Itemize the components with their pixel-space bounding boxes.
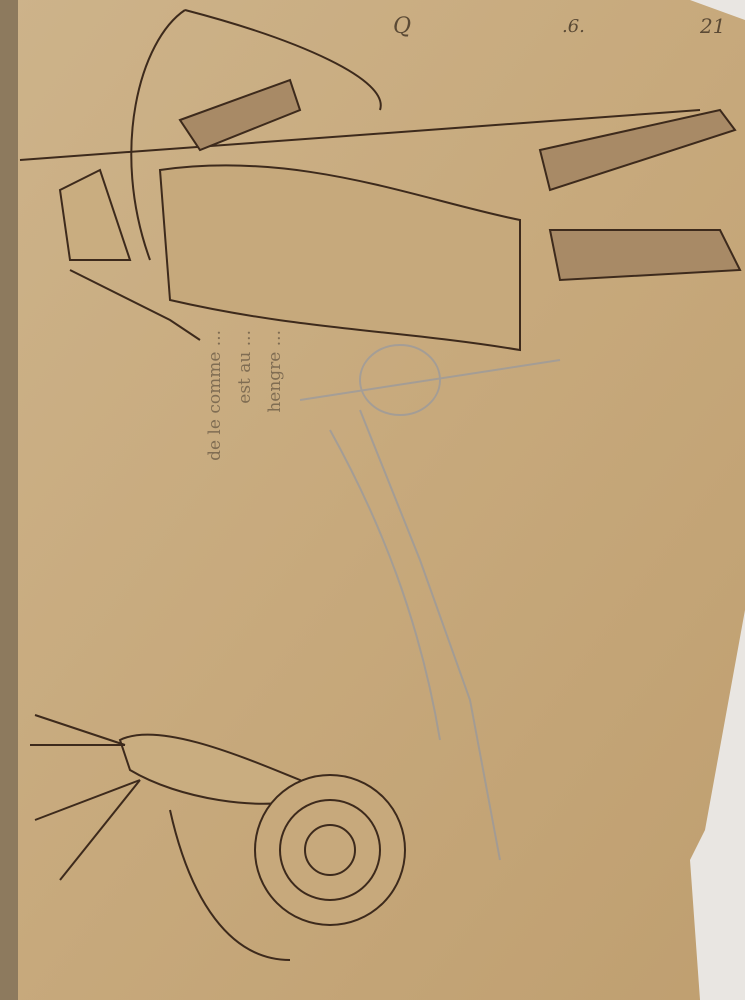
folio-number: 21 <box>700 14 725 38</box>
note-line-1: de le comme ... <box>205 330 225 461</box>
manuscript-page <box>0 0 745 1000</box>
marginal-note: de le comme ... est au ... hengre ... <box>205 330 305 520</box>
note-line-2: est au ... <box>235 330 255 404</box>
folio-mark-left: Q <box>393 14 411 39</box>
folio-mark-middle: .6. <box>562 16 585 37</box>
note-line-3: hengre ... <box>265 330 285 413</box>
binding-edge <box>0 0 18 1000</box>
